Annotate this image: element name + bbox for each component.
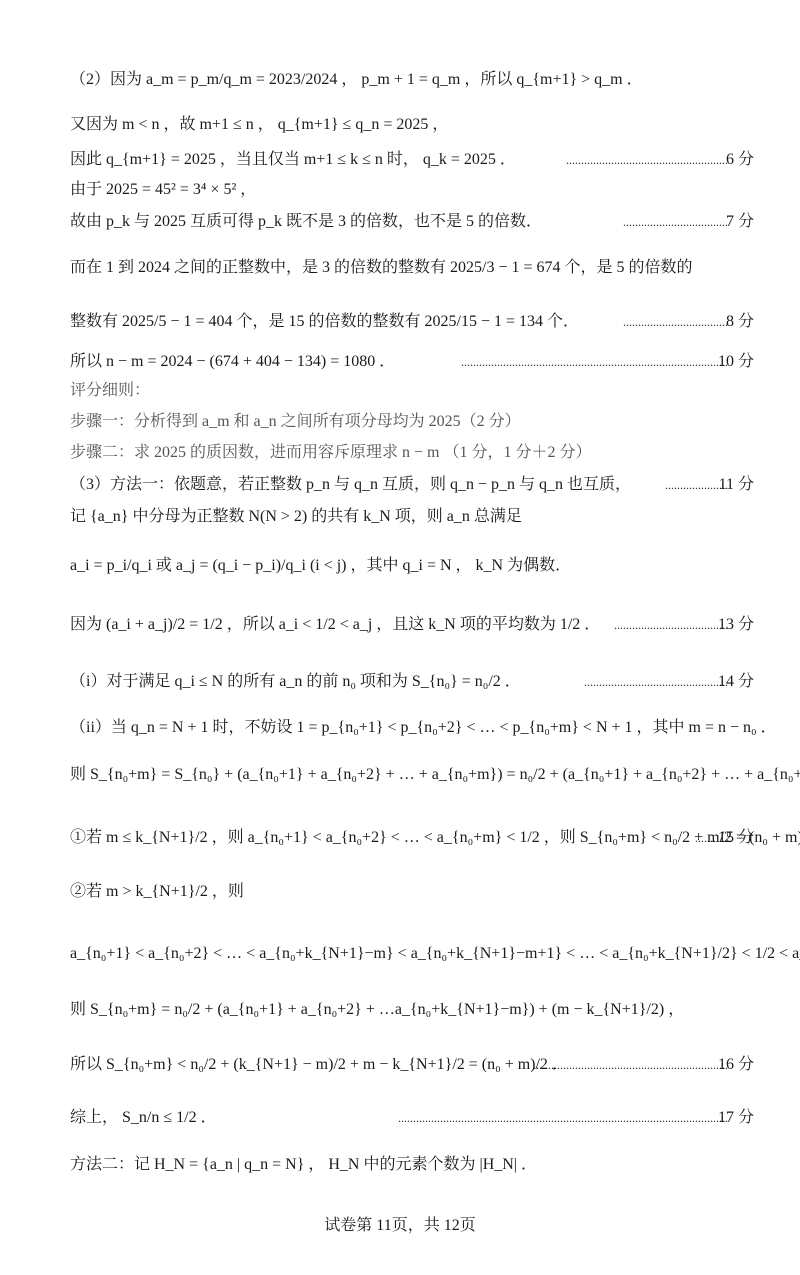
text-line: 因此 q_{m+1} = 2025 ，当且仅当 m+1 ≤ k ≤ n 时， q… xyxy=(70,150,754,170)
text-line: ①若 m ≤ k_{N+1}/2 ，则 a_{n₀+1} < a_{n₀+2} … xyxy=(70,828,754,848)
line-text: 故由 p_k 与 2025 互质可得 p_k 既不是 3 的倍数，也不是 5 的… xyxy=(70,212,542,232)
leader-dots: ........................................… xyxy=(398,1108,728,1128)
line-text: a_{n₀+1} < a_{n₀+2} < … < a_{n₀+k_{N+1}−… xyxy=(70,944,800,964)
leader-dots: ........................................… xyxy=(584,672,728,692)
leader-dots: ...................................... xyxy=(614,615,728,635)
line-text: 则 S_{n₀+m} = n₀/2 + (a_{n₀+1} + a_{n₀+2}… xyxy=(70,1000,684,1020)
text-line: 因为 (a_i + a_j)/2 = 1/2 ，所以 a_i < 1/2 < a… xyxy=(70,615,754,635)
text-line: （2）因为 a_m = p_m/q_m = 2023/2024 ， p_m + … xyxy=(70,70,754,90)
line-text: （3）方法一：依题意，若正整数 p_n 与 q_n 互质，则 q_n − p_n… xyxy=(70,475,631,495)
score-label: 13 分 xyxy=(718,615,754,635)
line-text: 而在 1 到 2024 之间的正整数中，是 3 的倍数的整数有 2025/3 −… xyxy=(70,258,693,278)
line-text: （2）因为 a_m = p_m/q_m = 2023/2024 ， p_m + … xyxy=(70,70,643,90)
text-line: 则 S_{n₀+m} = S_{n₀} + (a_{n₀+1} + a_{n₀+… xyxy=(70,765,754,785)
score-label: 10 分 xyxy=(718,352,754,372)
score-label: 7 分 xyxy=(726,212,754,232)
score-label: 8 分 xyxy=(726,312,754,332)
line-text: 则 S_{n₀+m} = S_{n₀} + (a_{n₀+1} + a_{n₀+… xyxy=(70,765,800,785)
score-label: 15 分 xyxy=(718,828,754,848)
line-text: 由于 2025 = 45² = 3⁴ × 5² ， xyxy=(70,180,256,200)
text-line: 所以 n − m = 2024 − (674 + 404 − 134) = 10… xyxy=(70,352,754,372)
leader-dots: ................................... xyxy=(623,312,728,332)
line-text: 综上， S_n/n ≤ 1/2 ． xyxy=(70,1108,217,1128)
page-footer: 试卷第 11页，共 12页 xyxy=(0,1212,800,1235)
line-text: 记 {a_n} 中分母为正整数 N(N > 2) 的共有 k_N 项，则 a_n… xyxy=(70,507,522,527)
line-text: 所以 n − m = 2024 − (674 + 404 − 134) = 10… xyxy=(70,352,395,372)
leader-dots: ........................................… xyxy=(566,150,728,170)
score-label: 14 分 xyxy=(718,672,754,692)
text-line: a_i = p_i/q_i 或 a_j = (q_i − p_i)/q_i (i… xyxy=(70,556,754,576)
line-text: （i）对于满足 q_i ≤ N 的所有 a_n 的前 n₀ 项和为 S_{n₀}… xyxy=(70,672,521,692)
text-line: 记 {a_n} 中分母为正整数 N(N > 2) 的共有 k_N 项，则 a_n… xyxy=(70,507,754,527)
line-text: （ii）当 q_n = N + 1 时，不妨设 1 = p_{n₀+1} < p… xyxy=(70,718,777,738)
line-text: 步骤一：分析得到 a_m 和 a_n 之间所有项分母均为 2025（2 分） xyxy=(70,412,521,432)
text-line: 又因为 m < n ，故 m+1 ≤ n ， q_{m+1} ≤ q_n = 2… xyxy=(70,115,754,135)
text-line: ②若 m > k_{N+1}/2 ，则 xyxy=(70,882,754,902)
line-text: a_i = p_i/q_i 或 a_j = (q_i − p_i)/q_i (i… xyxy=(70,556,571,576)
line-text: 因此 q_{m+1} = 2025 ，当且仅当 m+1 ≤ k ≤ n 时， q… xyxy=(70,150,516,170)
text-line: 综上， S_n/n ≤ 1/2 ．.......................… xyxy=(70,1108,754,1128)
text-line: 方法二：记 H_N = {a_n | q_n = N} ， H_N 中的元素个数… xyxy=(70,1155,754,1175)
text-line: 评分细则： xyxy=(70,381,754,401)
text-line: a_{n₀+1} < a_{n₀+2} < … < a_{n₀+k_{N+1}−… xyxy=(70,944,754,964)
text-line: 步骤二：求 2025 的质因数，进而用容斥原理求 n − m （1 分，1 分＋… xyxy=(70,443,754,463)
score-label: 11 分 xyxy=(719,475,754,495)
score-label: 17 分 xyxy=(718,1108,754,1128)
text-line: 步骤一：分析得到 a_m 和 a_n 之间所有项分母均为 2025（2 分） xyxy=(70,412,754,432)
leader-dots: ........................................… xyxy=(533,1055,728,1075)
line-text: 方法二：记 H_N = {a_n | q_n = N} ， H_N 中的元素个数… xyxy=(70,1155,537,1175)
text-line: 所以 S_{n₀+m} < n₀/2 + (k_{N+1} − m)/2 + m… xyxy=(70,1055,754,1075)
score-label: 16 分 xyxy=(718,1055,754,1075)
text-line: 故由 p_k 与 2025 互质可得 p_k 既不是 3 的倍数，也不是 5 的… xyxy=(70,212,754,232)
text-line: （i）对于满足 q_i ≤ N 的所有 a_n 的前 n₀ 项和为 S_{n₀}… xyxy=(70,672,754,692)
line-text: 因为 (a_i + a_j)/2 = 1/2 ，所以 a_i < 1/2 < a… xyxy=(70,615,600,635)
score-label: 6 分 xyxy=(726,150,754,170)
text-line: （ii）当 q_n = N + 1 时，不妨设 1 = p_{n₀+1} < p… xyxy=(70,718,754,738)
line-text: 所以 S_{n₀+m} < n₀/2 + (k_{N+1} − m)/2 + m… xyxy=(70,1055,568,1075)
leader-dots: ................................... xyxy=(623,212,728,232)
text-line: 由于 2025 = 45² = 3⁴ × 5² ， xyxy=(70,180,754,200)
line-text: 整数有 2025/5 − 1 = 404 个，是 15 的倍数的整数有 2025… xyxy=(70,312,579,332)
text-line: （3）方法一：依题意，若正整数 p_n 与 q_n 互质，则 q_n − p_n… xyxy=(70,475,754,495)
line-text: 评分细则： xyxy=(70,381,150,401)
line-text: 步骤二：求 2025 的质因数，进而用容斥原理求 n − m （1 分，1 分＋… xyxy=(70,443,591,463)
text-line: 整数有 2025/5 − 1 = 404 个，是 15 的倍数的整数有 2025… xyxy=(70,312,754,332)
text-line: 而在 1 到 2024 之间的正整数中，是 3 的倍数的整数有 2025/3 −… xyxy=(70,258,754,278)
line-text: 又因为 m < n ，故 m+1 ≤ n ， q_{m+1} ≤ q_n = 2… xyxy=(70,115,448,135)
line-text: ②若 m > k_{N+1}/2 ，则 xyxy=(70,882,244,902)
text-line: 则 S_{n₀+m} = n₀/2 + (a_{n₀+1} + a_{n₀+2}… xyxy=(70,1000,754,1020)
leader-dots: ........................................… xyxy=(461,352,728,372)
line-text: ①若 m ≤ k_{N+1}/2 ，则 a_{n₀+1} < a_{n₀+2} … xyxy=(70,828,800,848)
